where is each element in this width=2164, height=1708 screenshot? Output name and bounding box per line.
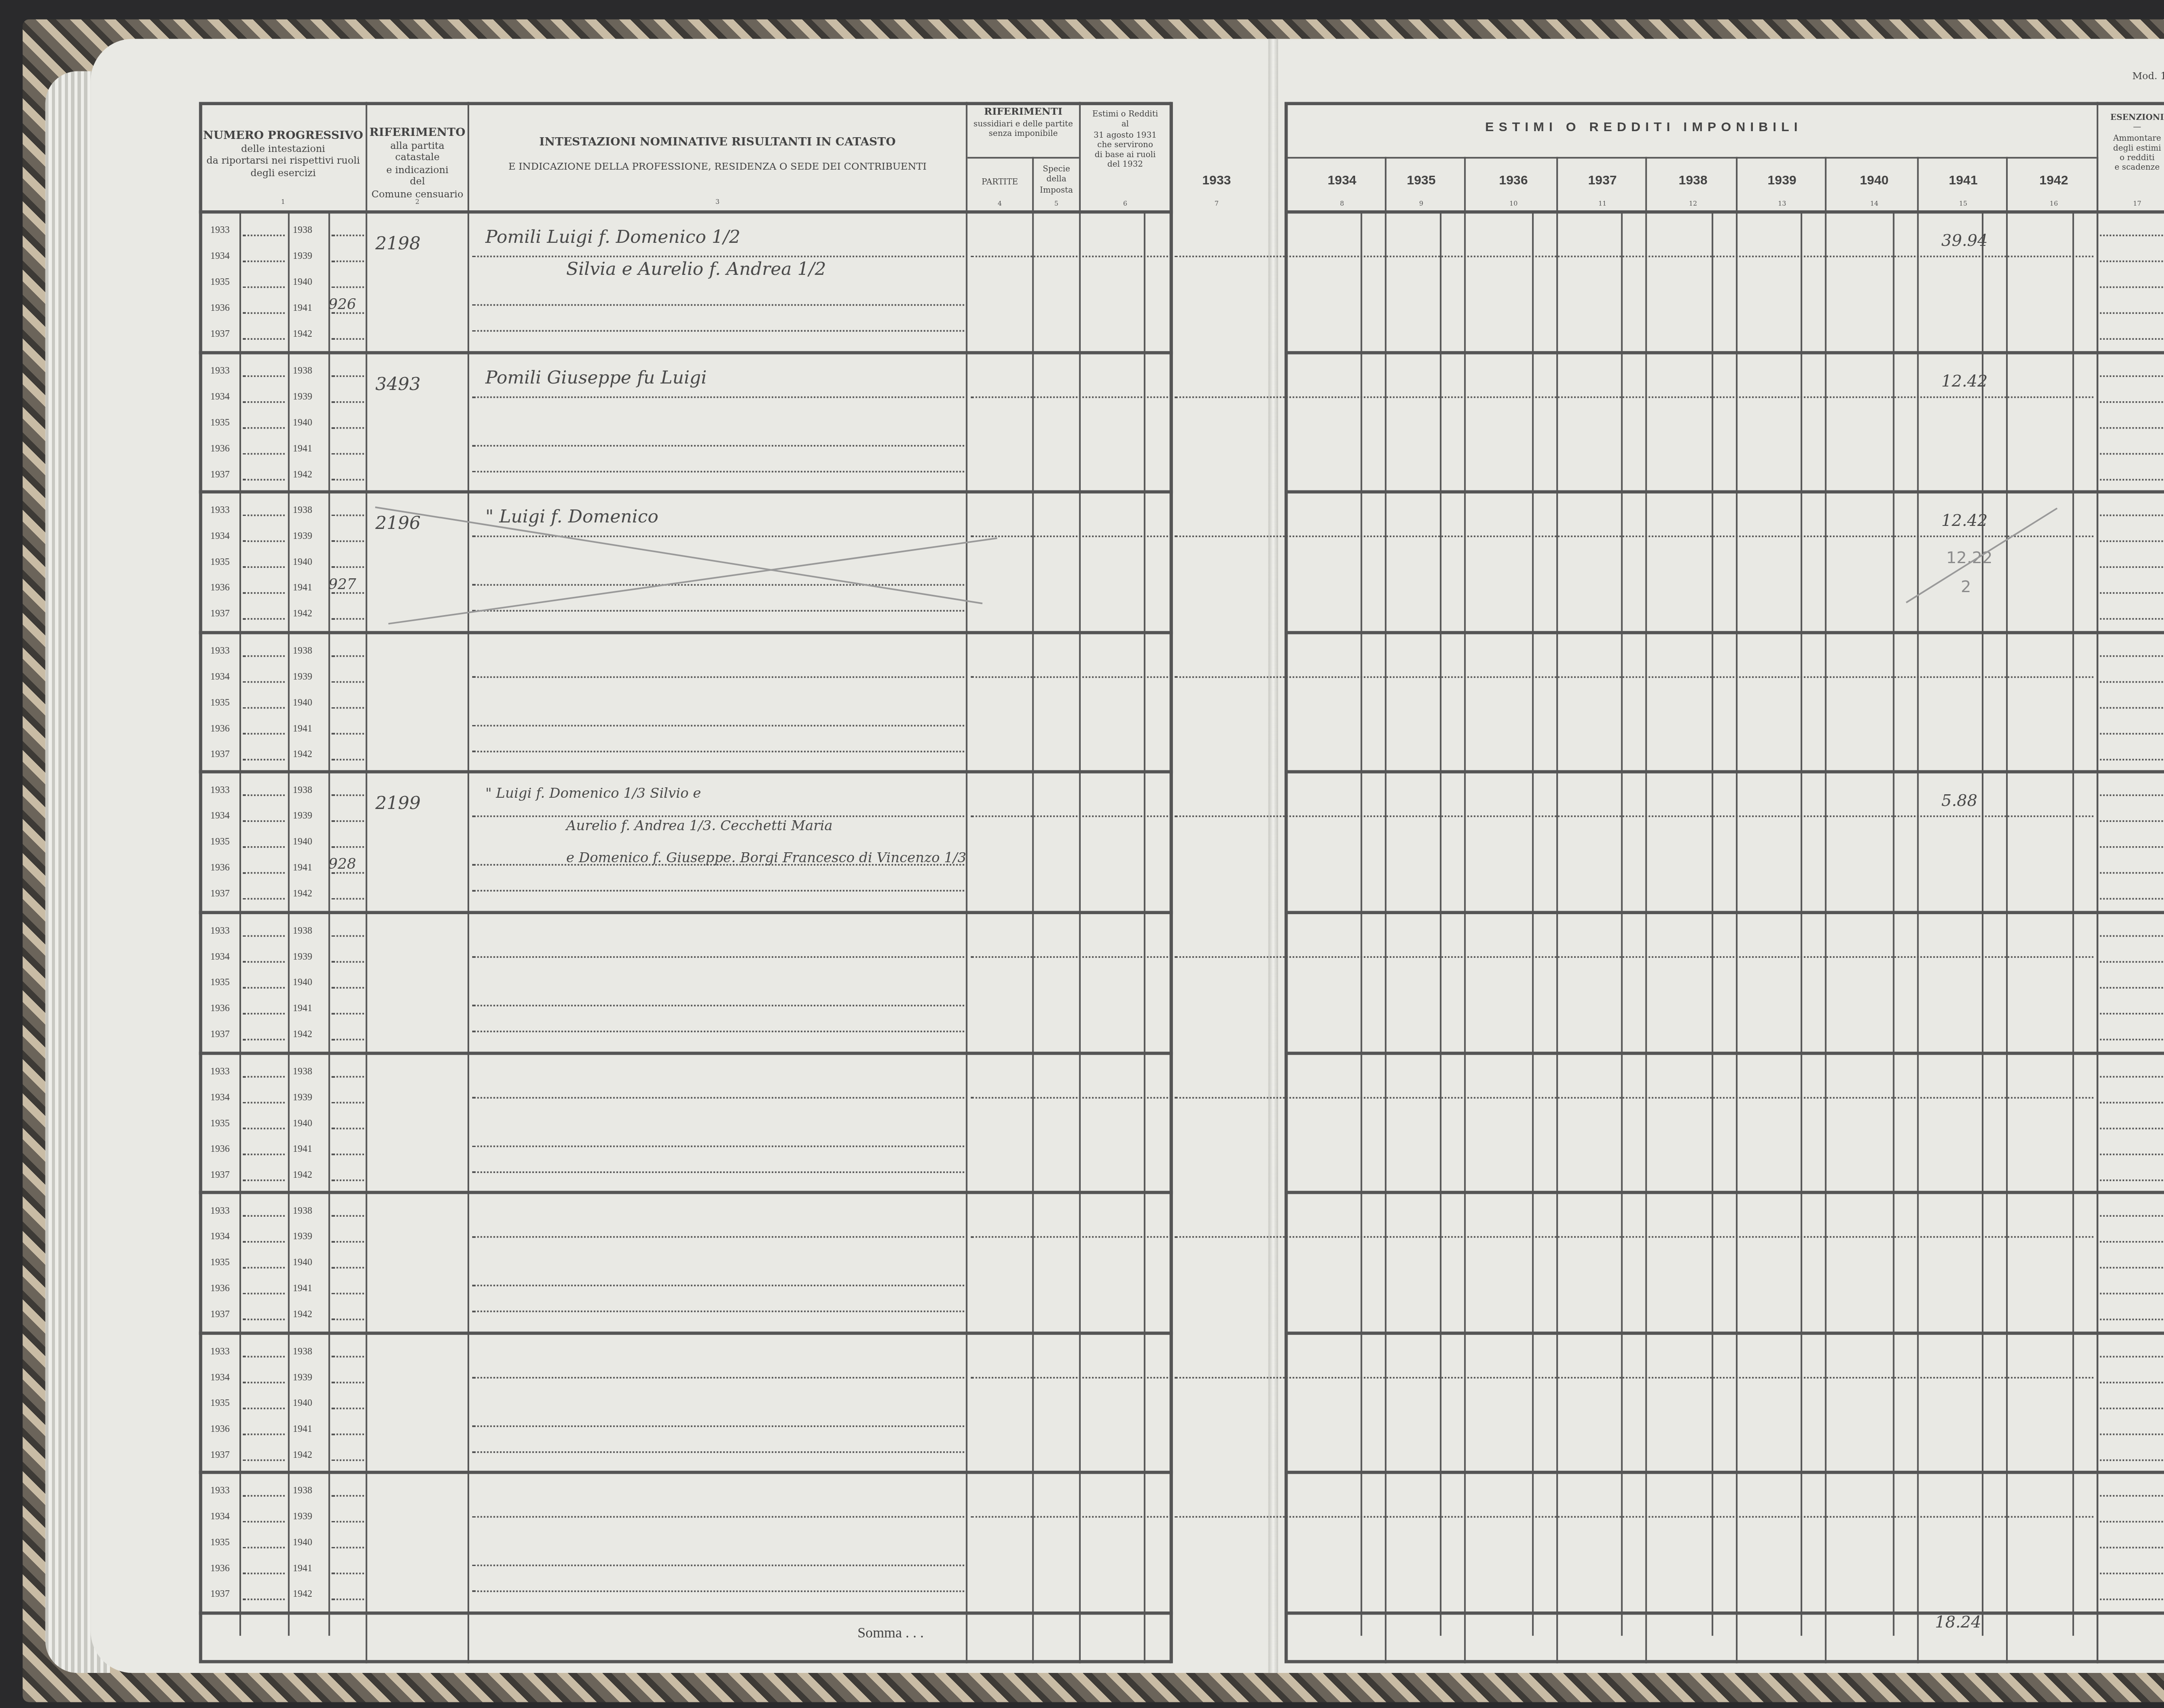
year-label: 1937 bbox=[210, 751, 230, 760]
dotted-line bbox=[332, 235, 364, 236]
dotted-line bbox=[2100, 593, 2164, 594]
dotted-line bbox=[2100, 1599, 2164, 1601]
year-label: 1936 bbox=[210, 304, 230, 314]
row-divider bbox=[199, 490, 1173, 493]
year-label: 1935 bbox=[210, 1119, 230, 1128]
dotted-line bbox=[2100, 1013, 2164, 1015]
dotted-line bbox=[332, 478, 364, 480]
year-label: 1941 bbox=[293, 444, 312, 454]
row-divider bbox=[199, 1471, 1173, 1474]
dotted-line bbox=[332, 1407, 364, 1409]
dotted-line bbox=[332, 987, 364, 989]
year-label: 1933 bbox=[210, 226, 230, 236]
partita-number: 2196 bbox=[375, 513, 421, 535]
owner-name-line: e Domenico f. Giuseppe. Borgi Francesco … bbox=[566, 852, 966, 868]
dotted-line bbox=[2100, 707, 2164, 709]
header-riferimenti: RIFERIMENTI sussidiari e delle partite s… bbox=[967, 107, 1079, 139]
dotted-line bbox=[971, 1096, 1168, 1098]
col-divider bbox=[966, 102, 968, 1663]
year-label: 1941 bbox=[293, 865, 312, 874]
year-header-1939: 1939 bbox=[1738, 173, 1827, 188]
year-label: 1936 bbox=[210, 1285, 230, 1295]
dotted-line bbox=[2100, 1495, 2164, 1497]
dotted-line bbox=[243, 847, 285, 848]
year-label: 1937 bbox=[210, 330, 230, 340]
year-label: 1938 bbox=[293, 367, 312, 376]
year-label: 1941 bbox=[293, 1005, 312, 1014]
dotted-line bbox=[243, 935, 285, 937]
dotted-line bbox=[472, 610, 964, 612]
year-label: 1939 bbox=[293, 1093, 312, 1102]
dotted-line bbox=[971, 816, 1168, 818]
dotted-line bbox=[332, 681, 364, 683]
year-label: 1938 bbox=[293, 507, 312, 516]
year-label: 1933 bbox=[210, 787, 230, 796]
col-number: 9 bbox=[1377, 199, 1466, 207]
year-label: 1937 bbox=[210, 1591, 230, 1601]
owner-name-line: " Luigi f. Domenico bbox=[485, 507, 658, 528]
header-divider-left bbox=[199, 210, 1173, 213]
dotted-line bbox=[332, 401, 364, 403]
col-number: 2 bbox=[369, 197, 466, 206]
dotted-line bbox=[332, 375, 364, 377]
dotted-line bbox=[2100, 1127, 2164, 1129]
year-label: 1939 bbox=[293, 673, 312, 682]
header-specie: Specie della Imposta bbox=[1034, 165, 1079, 195]
dotted-line bbox=[243, 515, 285, 516]
year-label: 1933 bbox=[210, 507, 230, 516]
dotted-line bbox=[971, 676, 1168, 678]
left-table-frame bbox=[199, 102, 1173, 1663]
year-label: 1935 bbox=[210, 979, 230, 988]
dotted-line bbox=[332, 515, 364, 516]
cents-divider bbox=[1982, 212, 1984, 1636]
year-label: 1940 bbox=[293, 979, 312, 988]
dotted-line bbox=[332, 567, 364, 568]
dotted-line bbox=[332, 1153, 364, 1155]
dotted-line bbox=[243, 478, 285, 480]
dotted-line bbox=[243, 261, 285, 262]
col-number: 1 bbox=[202, 197, 364, 206]
dotted-line bbox=[332, 1319, 364, 1321]
year-label: 1933 bbox=[210, 647, 230, 656]
year-label: 1938 bbox=[293, 647, 312, 656]
year-header-1934: 1934 bbox=[1298, 173, 1387, 188]
dotted-line bbox=[243, 873, 285, 874]
dotted-line bbox=[2100, 1293, 2164, 1295]
dotted-line bbox=[1175, 676, 2093, 678]
year-header-1940: 1940 bbox=[1830, 173, 1919, 188]
dotted-line bbox=[243, 1495, 285, 1497]
dotted-line bbox=[332, 1179, 364, 1180]
col-divider bbox=[467, 102, 469, 1663]
esenzioni-sub: degli estimi bbox=[2113, 144, 2161, 153]
col-number: 5 bbox=[1034, 199, 1079, 207]
dotted-line bbox=[472, 1425, 964, 1427]
dotted-line bbox=[2100, 733, 2164, 735]
dotted-line bbox=[1175, 536, 2093, 538]
dotted-line bbox=[332, 261, 364, 262]
header-partite: PARTITE bbox=[967, 178, 1032, 188]
dotted-line bbox=[332, 338, 364, 340]
dotted-line bbox=[332, 821, 364, 823]
dotted-line bbox=[243, 899, 285, 900]
col6-line: Estimi o Redditi bbox=[1092, 110, 1158, 119]
col-divider bbox=[1144, 212, 1146, 1663]
col-divider bbox=[1917, 157, 1919, 1663]
progressive-number: 928 bbox=[328, 858, 356, 874]
somma-1941-value: 18.24 bbox=[1935, 1615, 1981, 1633]
dotted-line bbox=[243, 758, 285, 760]
right-table-frame bbox=[1285, 102, 2164, 1663]
dotted-line bbox=[243, 1521, 285, 1523]
col-divider bbox=[239, 212, 241, 1636]
dotted-line bbox=[332, 1433, 364, 1435]
year-label: 1937 bbox=[210, 1171, 230, 1180]
dotted-line bbox=[2100, 1101, 2164, 1103]
year-label: 1935 bbox=[210, 1259, 230, 1269]
col-number: 6 bbox=[1081, 199, 1170, 207]
dotted-line bbox=[332, 541, 364, 542]
year-label: 1941 bbox=[293, 1565, 312, 1575]
dotted-line bbox=[2100, 1547, 2164, 1549]
owner-name-line: Pomili Giuseppe fu Luigi bbox=[485, 367, 706, 388]
dotted-line bbox=[243, 707, 285, 709]
dotted-line bbox=[472, 330, 964, 332]
row-divider bbox=[1285, 351, 2164, 354]
dotted-line bbox=[2100, 873, 2164, 874]
year-label: 1933 bbox=[210, 1207, 230, 1217]
dotted-line bbox=[332, 1075, 364, 1077]
year-label: 1933 bbox=[210, 927, 230, 937]
dotted-line bbox=[971, 396, 1168, 397]
year-label: 1936 bbox=[210, 1145, 230, 1154]
dotted-line bbox=[243, 821, 285, 823]
dotted-line bbox=[472, 1171, 964, 1173]
esenzioni-sub: o redditi bbox=[2120, 154, 2155, 163]
dotted-line bbox=[472, 1451, 964, 1453]
cents-divider bbox=[1361, 212, 1362, 1636]
subheader-divider bbox=[967, 157, 1079, 159]
dotted-line bbox=[2100, 1153, 2164, 1155]
year-label: 1937 bbox=[210, 470, 230, 480]
dotted-line bbox=[332, 795, 364, 797]
dotted-line bbox=[971, 536, 1168, 538]
row-divider bbox=[199, 1331, 1173, 1334]
year-label: 1937 bbox=[210, 890, 230, 900]
dotted-line bbox=[243, 426, 285, 428]
dotted-line bbox=[2100, 478, 2164, 480]
col-number: 13 bbox=[1738, 199, 1827, 207]
dotted-line bbox=[243, 401, 285, 403]
year-label: 1940 bbox=[293, 419, 312, 428]
year-label: 1941 bbox=[293, 1145, 312, 1154]
dotted-line bbox=[243, 1459, 285, 1461]
dotted-line bbox=[2100, 1459, 2164, 1461]
dotted-line bbox=[243, 1075, 285, 1077]
progressive-number: 926 bbox=[328, 298, 356, 314]
dotted-line bbox=[2100, 567, 2164, 568]
year-header-divider bbox=[1285, 157, 2096, 159]
year-label: 1934 bbox=[210, 1233, 230, 1243]
dotted-line bbox=[2100, 1267, 2164, 1269]
dotted-line bbox=[243, 593, 285, 594]
row-divider bbox=[1285, 631, 2164, 634]
row-divider bbox=[199, 771, 1173, 774]
dotted-line bbox=[971, 1237, 1168, 1238]
year-label: 1938 bbox=[293, 1067, 312, 1077]
year-label: 1940 bbox=[293, 558, 312, 568]
year-label: 1939 bbox=[293, 533, 312, 542]
col-divider bbox=[1464, 157, 1466, 1663]
dotted-line bbox=[2100, 1573, 2164, 1575]
col-divider bbox=[1736, 157, 1738, 1663]
row-divider bbox=[199, 1051, 1173, 1054]
dotted-line bbox=[2100, 287, 2164, 288]
year-label: 1934 bbox=[210, 813, 230, 822]
value-1941: 12.42 bbox=[1942, 373, 1988, 391]
dotted-line bbox=[1175, 956, 2093, 958]
dotted-line bbox=[332, 707, 364, 709]
year-label: 1938 bbox=[293, 927, 312, 937]
year-label: 1942 bbox=[293, 1591, 312, 1601]
cents-divider bbox=[1440, 212, 1442, 1636]
year-label: 1936 bbox=[210, 865, 230, 874]
col-number: 16 bbox=[2009, 199, 2099, 207]
dotted-line bbox=[243, 452, 285, 454]
year-label: 1942 bbox=[293, 1171, 312, 1180]
year-label: 1940 bbox=[293, 1539, 312, 1549]
dotted-line bbox=[243, 655, 285, 657]
year-label: 1938 bbox=[293, 226, 312, 236]
dotted-line bbox=[472, 396, 964, 397]
dotted-line bbox=[2100, 899, 2164, 900]
year-label: 1935 bbox=[210, 558, 230, 568]
col-number: 17 bbox=[2098, 199, 2164, 207]
year-label: 1938 bbox=[293, 1488, 312, 1497]
year-label: 1936 bbox=[210, 1425, 230, 1434]
year-label: 1939 bbox=[293, 953, 312, 963]
year-label: 1936 bbox=[210, 1005, 230, 1014]
dotted-line bbox=[2100, 312, 2164, 314]
col1-title: NUMERO PROGRESSIVO bbox=[203, 128, 363, 142]
year-label: 1942 bbox=[293, 470, 312, 480]
dotted-line bbox=[472, 304, 964, 306]
dotted-line bbox=[243, 567, 285, 568]
year-label: 1934 bbox=[210, 252, 230, 262]
dotted-line bbox=[332, 935, 364, 937]
header-estimi-1931: Estimi o Redditi al 31 agosto 1931 che s… bbox=[1081, 110, 1170, 171]
year-label: 1942 bbox=[293, 751, 312, 760]
col3-sub: E INDICAZIONE DELLA PROFESSIONE, RESIDEN… bbox=[509, 162, 927, 174]
dotted-line bbox=[332, 287, 364, 288]
dotted-line bbox=[472, 1517, 964, 1518]
esenzioni-sub: e scadenze bbox=[2115, 164, 2160, 173]
year-label: 1940 bbox=[293, 1399, 312, 1409]
col-number: 14 bbox=[1830, 199, 1919, 207]
dotted-line bbox=[472, 676, 964, 678]
dotted-line bbox=[243, 1573, 285, 1575]
dotted-line bbox=[472, 470, 964, 472]
value-1941: 39.94 bbox=[1942, 233, 1988, 251]
dotted-line bbox=[472, 1096, 964, 1098]
row-divider bbox=[199, 631, 1173, 634]
year-label: 1935 bbox=[210, 278, 230, 288]
dotted-line bbox=[243, 987, 285, 989]
row-divider bbox=[1285, 771, 2164, 774]
col1-sub: da riportarsi nei rispettivi ruoli bbox=[206, 156, 360, 167]
value-1941: 5.88 bbox=[1942, 793, 1977, 811]
dotted-line bbox=[472, 1031, 964, 1032]
col2-sub: e indicazioni bbox=[386, 164, 449, 176]
col-number: 4 bbox=[967, 199, 1032, 207]
col1-sub: degli esercizi bbox=[251, 168, 316, 179]
col-divider bbox=[1646, 157, 1647, 1663]
dotted-line bbox=[243, 1547, 285, 1549]
specie-line: Imposta bbox=[1040, 185, 1073, 195]
year-label: 1937 bbox=[210, 1311, 230, 1320]
dotted-line bbox=[243, 1433, 285, 1435]
dotted-line bbox=[332, 1521, 364, 1523]
dotted-line bbox=[243, 681, 285, 683]
dotted-line bbox=[243, 1101, 285, 1103]
year-label: 1937 bbox=[210, 1031, 230, 1040]
dotted-line bbox=[2100, 655, 2164, 657]
year-label: 1941 bbox=[293, 1285, 312, 1295]
dotted-line bbox=[243, 1599, 285, 1601]
col-number: 11 bbox=[1558, 199, 1647, 207]
dotted-line bbox=[472, 256, 964, 258]
year-label: 1942 bbox=[293, 1031, 312, 1040]
dotted-line bbox=[332, 1459, 364, 1461]
col-divider bbox=[1556, 157, 1558, 1663]
col-divider bbox=[1032, 157, 1034, 1663]
dotted-line bbox=[332, 961, 364, 963]
col-number: 12 bbox=[1649, 199, 1738, 207]
year-label: 1939 bbox=[293, 1373, 312, 1383]
dotted-line bbox=[243, 1293, 285, 1295]
dotted-line bbox=[243, 1013, 285, 1015]
col-divider bbox=[1385, 157, 1387, 1663]
year-label: 1933 bbox=[210, 1347, 230, 1357]
year-label: 1933 bbox=[210, 1488, 230, 1497]
year-label: 1936 bbox=[210, 1565, 230, 1575]
year-label: 1935 bbox=[210, 699, 230, 708]
dotted-line bbox=[2100, 935, 2164, 937]
dotted-line bbox=[332, 1013, 364, 1015]
year-header-1941: 1941 bbox=[1919, 173, 2008, 188]
year-label: 1936 bbox=[210, 444, 230, 454]
dotted-line bbox=[1175, 396, 2093, 397]
dotted-line bbox=[332, 1101, 364, 1103]
partita-number: 2199 bbox=[375, 793, 421, 815]
year-label: 1941 bbox=[293, 1425, 312, 1434]
dotted-line bbox=[2100, 1381, 2164, 1383]
col2-sub: alla partita catastale bbox=[390, 140, 444, 164]
dotted-line bbox=[472, 444, 964, 446]
dotted-line bbox=[472, 1005, 964, 1006]
dotted-line bbox=[2100, 426, 2164, 428]
col-divider bbox=[288, 212, 290, 1636]
owner-name-line: Silvia e Aurelio f. Andrea 1/2 bbox=[566, 259, 826, 280]
dotted-line bbox=[1175, 816, 2093, 818]
esenzioni-sub: Ammontare bbox=[2113, 133, 2161, 143]
cents-divider bbox=[1532, 212, 1534, 1636]
cents-divider bbox=[2072, 212, 2074, 1636]
col3-title: INTESTAZIONI NOMINATIVE RISULTANTI IN CA… bbox=[539, 134, 896, 149]
col-divider bbox=[1079, 102, 1081, 1663]
col2-sub: del bbox=[410, 177, 425, 188]
row-divider bbox=[199, 351, 1173, 354]
dotted-line bbox=[2100, 681, 2164, 683]
col-number: 3 bbox=[471, 197, 964, 206]
col-divider bbox=[328, 212, 330, 1636]
dotted-line bbox=[472, 584, 964, 586]
dotted-line bbox=[243, 1127, 285, 1129]
year-label: 1939 bbox=[293, 393, 312, 402]
dotted-line bbox=[332, 1039, 364, 1041]
year-label: 1934 bbox=[210, 953, 230, 963]
dotted-line bbox=[243, 541, 285, 542]
row-divider bbox=[1285, 1051, 2164, 1054]
dotted-line bbox=[472, 816, 964, 818]
dotted-line bbox=[472, 536, 964, 538]
row-divider bbox=[1285, 1191, 2164, 1194]
dotted-line bbox=[332, 1599, 364, 1601]
year-label: 1942 bbox=[293, 1451, 312, 1460]
ledger-spread: Mod. 111 - Imposte Dirette (Intercalare)… bbox=[0, 0, 2164, 1708]
dotted-line bbox=[2100, 847, 2164, 848]
dotted-line bbox=[332, 1267, 364, 1269]
row-divider bbox=[1285, 911, 2164, 914]
dotted-line bbox=[243, 1319, 285, 1321]
col-number: 8 bbox=[1298, 199, 1387, 207]
dotted-line bbox=[2100, 1179, 2164, 1180]
col-number: 7 bbox=[1171, 199, 1262, 207]
owner-name-line: Aurelio f. Andrea 1/3. Cecchetti Maria bbox=[566, 819, 832, 835]
owner-name-line: Pomili Luigi f. Domenico 1/2 bbox=[485, 226, 740, 248]
year-label: 1938 bbox=[293, 1207, 312, 1217]
dotted-line bbox=[2100, 1241, 2164, 1243]
dotted-line bbox=[2100, 1356, 2164, 1357]
col-divider bbox=[1170, 102, 1172, 1663]
dotted-line bbox=[332, 1127, 364, 1129]
year-label: 1940 bbox=[293, 839, 312, 848]
dotted-line bbox=[971, 1517, 1168, 1518]
dotted-line bbox=[332, 1381, 364, 1383]
dotted-line bbox=[2100, 758, 2164, 760]
year-label: 1939 bbox=[293, 813, 312, 822]
year-label: 1934 bbox=[210, 1373, 230, 1383]
dotted-line bbox=[243, 312, 285, 314]
dotted-line bbox=[243, 733, 285, 735]
col45-title: RIFERIMENTI bbox=[984, 107, 1063, 118]
year-label: 1935 bbox=[210, 1539, 230, 1549]
year-label: 1933 bbox=[210, 367, 230, 376]
pencil-correction: 2 bbox=[1961, 579, 1971, 597]
year-label: 1942 bbox=[293, 1311, 312, 1320]
year-label: 1942 bbox=[293, 330, 312, 340]
dotted-line bbox=[1175, 1376, 2093, 1378]
col1-sub: delle intestazioni bbox=[241, 144, 325, 155]
row-divider bbox=[199, 1191, 1173, 1194]
year-label: 1942 bbox=[293, 890, 312, 900]
dotted-line bbox=[243, 338, 285, 340]
dotted-line bbox=[332, 619, 364, 620]
year-label: 1934 bbox=[210, 533, 230, 542]
dotted-line bbox=[2100, 401, 2164, 403]
col6-line: che servirono bbox=[1097, 140, 1153, 150]
